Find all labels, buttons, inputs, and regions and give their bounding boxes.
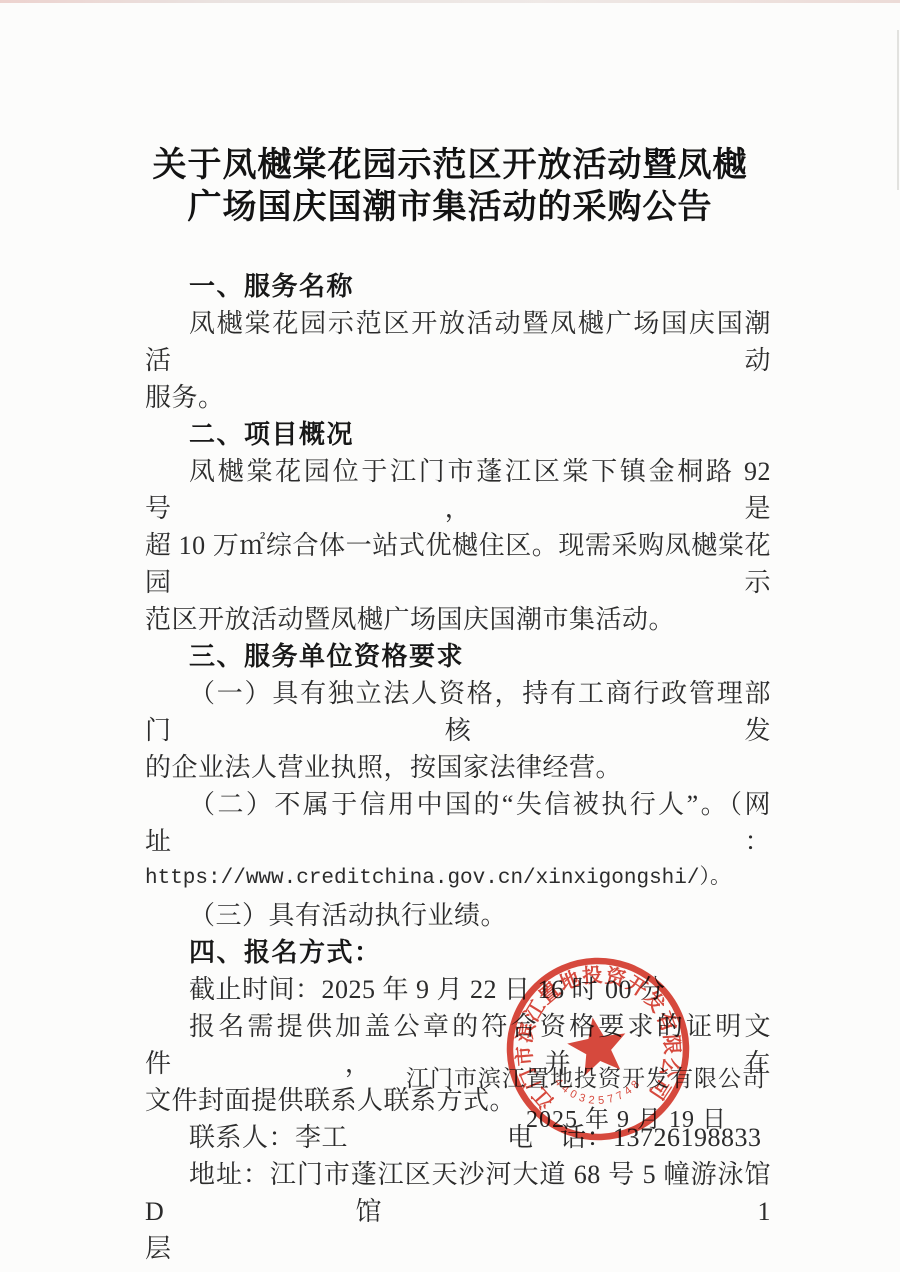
body-line: （三）具有活动执行业绩。 bbox=[145, 897, 771, 934]
scan-artifact-top-edge bbox=[0, 0, 900, 3]
section-heading: 一、服务名称 bbox=[145, 268, 771, 305]
star-icon bbox=[564, 1012, 632, 1077]
body-line: 服务。 bbox=[145, 379, 771, 416]
seal-serial: 4403257748 bbox=[551, 1073, 644, 1108]
title-line-1: 关于凤樾棠花园示范区开放活动暨凤樾 bbox=[0, 145, 900, 187]
body-line: 层 bbox=[145, 1230, 771, 1267]
body-line: 地址：江门市蓬江区天沙河大道 68 号 5 幢游泳馆 D 馆 1 bbox=[145, 1156, 771, 1230]
body-line: 凤樾棠花园位于江门市蓬江区棠下镇金桐路 92 号，是 bbox=[145, 453, 771, 527]
body-line: https://www.creditchina.gov.cn/xinxigong… bbox=[145, 860, 771, 897]
section-heading: 二、项目概况 bbox=[145, 416, 771, 453]
body-line: 的企业法人营业执照，按国家法律经营。 bbox=[145, 749, 771, 786]
body-line: 超 10 万㎡综合体一站式优樾住区。现需采购凤樾棠花园示 bbox=[145, 527, 771, 601]
body-line: 范区开放活动暨凤樾广场国庆国潮市集活动。 bbox=[145, 601, 771, 638]
document-title: 关于凤樾棠花园示范区开放活动暨凤樾 广场国庆国潮市集活动的采购公告 bbox=[0, 145, 900, 229]
company-seal: 江门市滨江置地投资开发有限公司 4403257748 bbox=[495, 946, 702, 1153]
body-line: （二）不属于信用中国的“失信被执行人”。（网址： bbox=[145, 786, 771, 860]
scanned-document-page: { "colors": { "seal_red": "#d63a2d", "te… bbox=[0, 0, 900, 1272]
section-heading: 三、服务单位资格要求 bbox=[145, 638, 771, 675]
body-line: （一）具有独立法人资格，持有工商行政管理部门核发 bbox=[145, 675, 771, 749]
body-line: 凤樾棠花园示范区开放活动暨凤樾广场国庆国潮活动 bbox=[145, 305, 771, 379]
title-line-2: 广场国庆国潮市集活动的采购公告 bbox=[0, 187, 900, 229]
